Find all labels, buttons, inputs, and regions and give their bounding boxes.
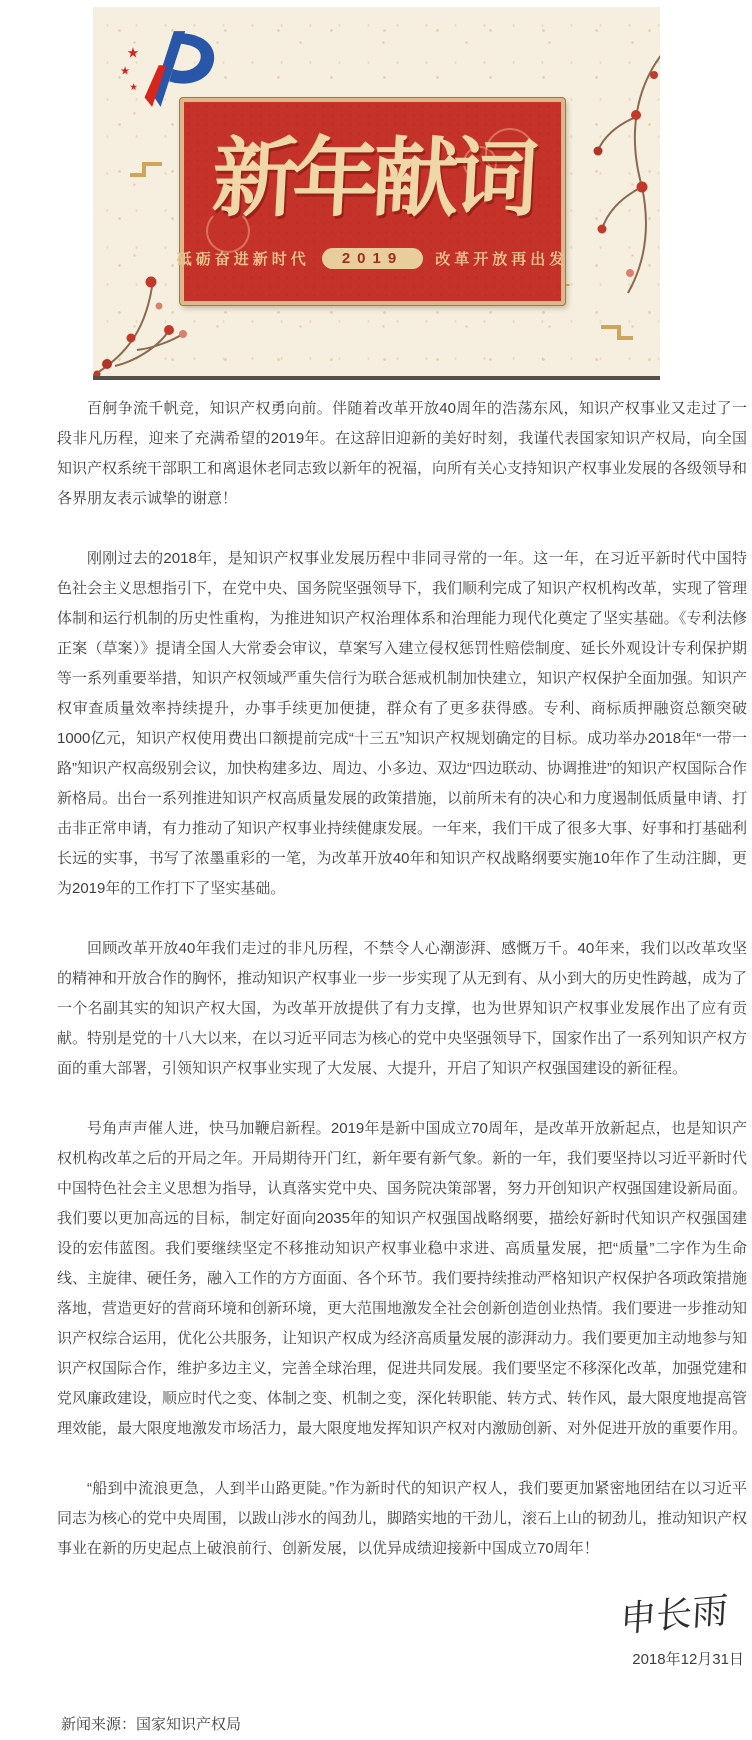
paragraph-review-2018: 刚刚过去的2018年，是知识产权事业发展历程中非同寻常的一年。这一年，在习近平新… bbox=[57, 544, 747, 904]
news-source: 新闻来源：国家知识产权局 bbox=[61, 1713, 752, 1734]
paragraph-opening: 百舸争流千帆竞，知识产权勇向前。伴随着改革开放40周年的浩荡东风，知识产权事业又… bbox=[57, 394, 747, 514]
paragraph-closing: “船到中流浪更急，人到半山路更陡。”作为新时代的知识产权人，我们要更加紧密地团结… bbox=[57, 1474, 747, 1564]
banner-slogan-right: 改革开放再出发 bbox=[435, 248, 568, 269]
article-body: 百舸争流千帆竞，知识产权勇向前。伴随着改革开放40周年的浩荡东风，知识产权事业又… bbox=[57, 394, 747, 1564]
banner-plaque: 新年献词 砥砺奋进新时代 2019 改革开放再出发 bbox=[180, 98, 565, 305]
logo-star-icon: ★ bbox=[127, 46, 140, 62]
logo-star-icon: ★ bbox=[129, 82, 137, 93]
banner-year-badge: 2019 bbox=[322, 248, 423, 269]
banner-title: 新年献词 bbox=[181, 120, 564, 238]
gold-meander-ornament-icon bbox=[600, 324, 634, 342]
article-page: ★ ★ ★ bbox=[0, 0, 752, 1740]
paragraph-2019-plans: 号角声声催人进，快马加鞭启新程。2019年是新中国成立70周年，是改革开放新起点… bbox=[57, 1114, 747, 1444]
handwritten-signature: 申长雨 bbox=[619, 1589, 729, 1643]
logo-star-icon: ★ bbox=[120, 66, 130, 78]
signature-date: 2018年12月31日 bbox=[0, 1648, 744, 1669]
banner-slogan-row: 砥砺奋进新时代 2019 改革开放再出发 bbox=[184, 248, 561, 269]
new-year-banner: ★ ★ ★ bbox=[93, 7, 660, 380]
signature-block: 申长雨 bbox=[0, 1594, 742, 1638]
banner-slogan-left: 砥砺奋进新时代 bbox=[177, 248, 310, 269]
paragraph-40-years: 回顾改革开放40年我们走过的非凡历程，不禁令人心潮澎湃、感慨万千。40年来，我们… bbox=[57, 934, 747, 1084]
gold-meander-ornament-icon bbox=[129, 159, 163, 177]
